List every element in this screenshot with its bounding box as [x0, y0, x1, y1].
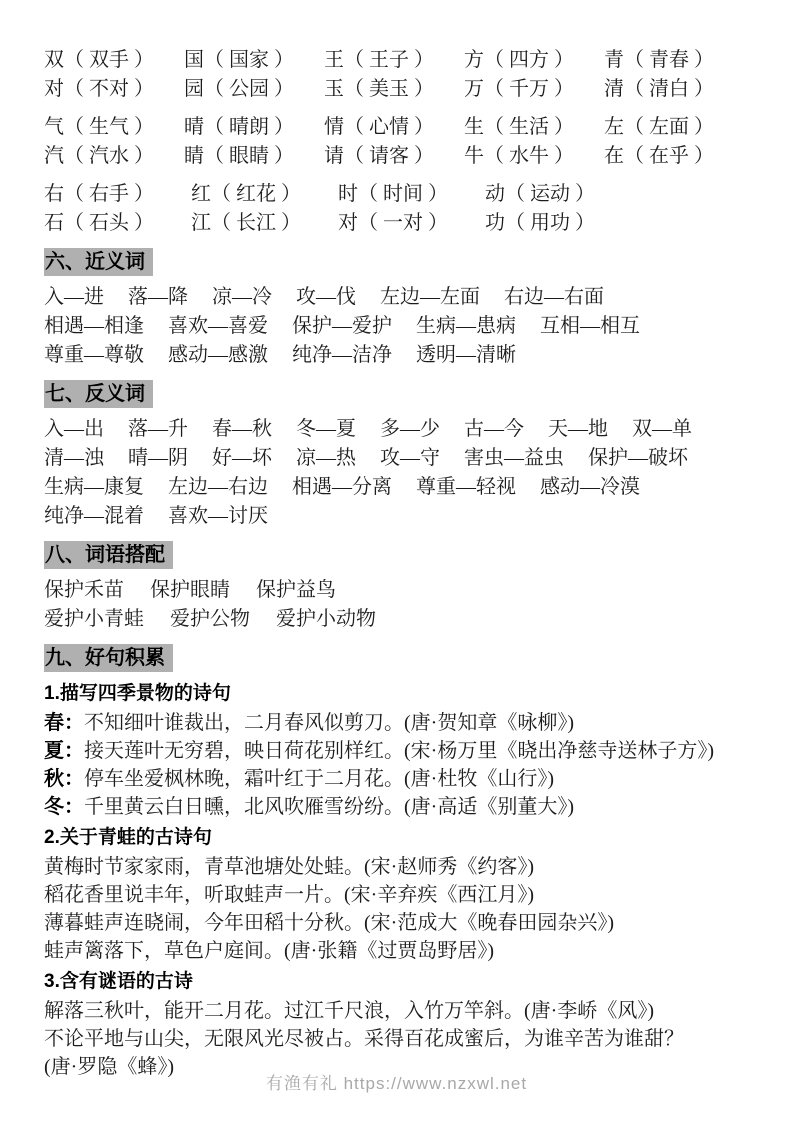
antonym-pair: 保护—破坏	[588, 444, 688, 473]
good-sentences-section: 1.描写四季景物的诗句 春：不知细叶谁裁出，二月春风似剪刀。(唐·贺知章《咏柳》…	[44, 679, 749, 1081]
antonym-pair: 攻—守	[380, 444, 440, 473]
antonym-pair: 落—升	[128, 415, 188, 444]
word-formation-item: 对（ 一对 ）	[338, 209, 485, 238]
poem-text: 不论平地与山尖，无限风光尽被占。采得百花成蜜后，为谁辛苦为谁甜？	[44, 1028, 684, 1050]
antonym-line: 入—出落—升春—秋冬—夏多—少古—今天—地双—单	[44, 415, 749, 444]
antonym-pair: 清—浊	[44, 444, 104, 473]
collocation: 保护眼睛	[150, 576, 230, 605]
word-formation-item: 王（ 王子 ）	[324, 46, 464, 75]
section-title-good-sentences: 九、好句积累	[44, 644, 173, 672]
word-formation-item: 石（ 石头 ）	[44, 209, 191, 238]
worksheet-page: 双（ 双手 ）国（ 国家 ）王（ 王子 ）方（ 四方 ）青（ 青春 ） 对（ 不…	[0, 0, 793, 1122]
poem-source: (唐·贺知章《咏柳》)	[404, 712, 574, 734]
word-formation-group: 双（ 双手 ）国（ 国家 ）王（ 王子 ）方（ 四方 ）青（ 青春 ） 对（ 不…	[44, 46, 749, 104]
poem-text: 黄梅时节家家雨，青草池塘处处蛙。	[44, 856, 364, 878]
collocation-line: 保护禾苗保护眼睛保护益鸟	[44, 576, 749, 605]
word-formation-row: 石（ 石头 ）江（ 长江 ）对（ 一对 ）功（ 用功 ）	[44, 209, 749, 238]
antonym-pair: 左边—右边	[168, 473, 268, 502]
footer-watermark: 有渔有礼 https://www.nzxwl.net	[0, 1069, 793, 1094]
antonym-pair: 生病—康复	[44, 473, 144, 502]
collocation: 保护益鸟	[256, 576, 336, 605]
word-formation-row: 气（ 生气 ）晴（ 晴朗 ）情（ 心情 ）生（ 生活 ）左（ 左面 ）	[44, 113, 749, 142]
poem-text: 停车坐爱枫林晚，霜叶红于二月花。	[84, 768, 404, 790]
antonym-pair: 春—秋	[212, 415, 272, 444]
poem-text: 蛙声篱落下，草色户庭间。	[44, 940, 284, 962]
season-label: 春：	[44, 712, 84, 734]
synonym-pair: 生病—患病	[416, 312, 516, 341]
synonym-pair: 凉—冷	[212, 283, 272, 312]
season-label: 夏：	[44, 740, 84, 762]
antonym-line: 纯净—混着喜欢—讨厌	[44, 502, 749, 531]
word-formation-item: 园（ 公园 ）	[184, 75, 324, 104]
antonym-pair: 多—少	[380, 415, 440, 444]
poem-line: 春：不知细叶谁裁出，二月春风似剪刀。(唐·贺知章《咏柳》)	[44, 709, 749, 737]
synonym-pair: 感动—感激	[168, 341, 268, 370]
poem-line: 解落三秋叶，能开二月花。过江千尺浪，入竹万竿斜。(唐·李峤《风》)	[44, 997, 749, 1025]
poem-line: 冬：千里黄云白日曛，北风吹雁雪纷纷。(唐·高适《别董大》)	[44, 793, 749, 821]
word-formation-item: 动（ 运动 ）	[485, 180, 632, 209]
poem-line: 黄梅时节家家雨，青草池塘处处蛙。(宋·赵师秀《约客》)	[44, 853, 749, 881]
word-formation-group: 右（ 右手 ）红（ 红花 ）时（ 时间 ）动（ 运动 ） 石（ 石头 ）江（ 长…	[44, 180, 749, 238]
collocation: 爱护小动物	[276, 605, 376, 634]
antonym-pair: 纯净—混着	[44, 502, 144, 531]
synonym-pair: 落—降	[128, 283, 188, 312]
antonym-pair: 相遇—分离	[292, 473, 392, 502]
antonym-pair: 古—今	[464, 415, 524, 444]
antonym-pair: 尊重—轻视	[416, 473, 516, 502]
collocation-line: 爱护小青蛙爱护公物爱护小动物	[44, 605, 749, 634]
poem-source: (唐·张籍《过贾岛野居》)	[284, 940, 494, 962]
word-formation-row: 汽（ 汽水 ）睛（ 眼睛 ）请（ 请客 ）牛（ 水牛 ）在（ 在乎 ）	[44, 142, 749, 171]
synonym-pair: 互相—相互	[540, 312, 640, 341]
poem-source: (宋·辛弃疾《西江月》)	[344, 884, 534, 906]
synonym-pair: 纯净—洁净	[292, 341, 392, 370]
synonym-pair: 攻—伐	[296, 283, 356, 312]
word-formation-item: 气（ 生气 ）	[44, 113, 184, 142]
word-formation-item: 功（ 用功 ）	[485, 209, 632, 238]
collocations-section: 保护禾苗保护眼睛保护益鸟 爱护小青蛙爱护公物爱护小动物	[44, 576, 749, 634]
poem-line: 夏：接天莲叶无穷碧，映日荷花别样红。(宋·杨万里《晓出净慈寺送林子方》)	[44, 737, 749, 765]
antonym-line: 生病—康复左边—右边相遇—分离尊重—轻视感动—冷漠	[44, 473, 749, 502]
word-formation-item: 国（ 国家 ）	[184, 46, 324, 75]
word-formation-item: 左（ 左面 ）	[604, 113, 744, 142]
word-formation-item: 红（ 红花 ）	[191, 180, 338, 209]
word-formation-item: 时（ 时间 ）	[338, 180, 485, 209]
word-formation-item: 情（ 心情 ）	[324, 113, 464, 142]
season-label: 秋：	[44, 768, 84, 790]
word-formation-item: 睛（ 眼睛 ）	[184, 142, 324, 171]
season-label: 冬：	[44, 796, 84, 818]
poem-line: 稻花香里说丰年，听取蛙声一片。(宋·辛弃疾《西江月》)	[44, 881, 749, 909]
section-title-synonyms: 六、近义词	[44, 248, 153, 276]
poem-text: 解落三秋叶，能开二月花。过江千尺浪，入竹万竿斜。	[44, 1000, 524, 1022]
antonym-pair: 害虫—益虫	[464, 444, 564, 473]
antonym-pair: 入—出	[44, 415, 104, 444]
synonym-pair: 保护—爱护	[292, 312, 392, 341]
synonym-pair: 相遇—相逢	[44, 312, 144, 341]
antonym-pair: 好—坏	[212, 444, 272, 473]
antonym-pair: 天—地	[548, 415, 608, 444]
antonym-line: 清—浊晴—阴好—坏凉—热攻—守害虫—益虫保护—破坏	[44, 444, 749, 473]
poem-source: (唐·李峤《风》)	[524, 1000, 654, 1022]
word-formation-item: 双（ 双手 ）	[44, 46, 184, 75]
subsection-heading-riddle-poems: 3.含有谜语的古诗	[44, 967, 749, 997]
word-formation-row: 对（ 不对 ）园（ 公园 ）玉（ 美玉 ）万（ 千万 ）清（ 清白 ）	[44, 75, 749, 104]
synonym-pair: 左边—左面	[380, 283, 480, 312]
antonyms-section: 入—出落—升春—秋冬—夏多—少古—今天—地双—单 清—浊晴—阴好—坏凉—热攻—守…	[44, 415, 749, 531]
word-formation-item: 对（ 不对 ）	[44, 75, 184, 104]
poem-text: 不知细叶谁裁出，二月春风似剪刀。	[84, 712, 404, 734]
poem-text: 薄暮蛙声连晓闹，今年田稻十分秋。	[44, 912, 364, 934]
synonym-pair: 喜欢—喜爱	[168, 312, 268, 341]
poem-source: (宋·杨万里《晓出净慈寺送林子方》)	[404, 740, 714, 762]
word-formation-group: 气（ 生气 ）晴（ 晴朗 ）情（ 心情 ）生（ 生活 ）左（ 左面 ） 汽（ 汽…	[44, 113, 749, 171]
section-title-collocations: 八、词语搭配	[44, 541, 173, 569]
collocation: 爱护小青蛙	[44, 605, 144, 634]
word-formation-section: 双（ 双手 ）国（ 国家 ）王（ 王子 ）方（ 四方 ）青（ 青春 ） 对（ 不…	[44, 46, 749, 238]
poem-line: 薄暮蛙声连晓闹，今年田稻十分秋。(宋·范成大《晚春田园杂兴》)	[44, 909, 749, 937]
poem-source: (唐·杜牧《山行》)	[404, 768, 554, 790]
poem-source: (宋·赵师秀《约客》)	[364, 856, 534, 878]
antonym-pair: 感动—冷漠	[540, 473, 640, 502]
synonyms-section: 入—进落—降凉—冷攻—伐左边—左面右边—右面 相遇—相逢喜欢—喜爱保护—爱护生病…	[44, 283, 749, 370]
word-formation-item: 牛（ 水牛 ）	[464, 142, 604, 171]
word-formation-item: 方（ 四方 ）	[464, 46, 604, 75]
antonym-pair: 凉—热	[296, 444, 356, 473]
synonym-pair: 右边—右面	[504, 283, 604, 312]
poem-text: 稻花香里说丰年，听取蛙声一片。	[44, 884, 344, 906]
poem-line: 秋：停车坐爱枫林晚，霜叶红于二月花。(唐·杜牧《山行》)	[44, 765, 749, 793]
poem-text: 接天莲叶无穷碧，映日荷花别样红。	[84, 740, 404, 762]
poem-source: (唐·高适《别董大》)	[404, 796, 574, 818]
antonym-pair: 双—单	[632, 415, 692, 444]
section-title-antonyms: 七、反义词	[44, 380, 153, 408]
synonym-pair: 尊重—尊敬	[44, 341, 144, 370]
antonym-pair: 冬—夏	[296, 415, 356, 444]
word-formation-item: 万（ 千万 ）	[464, 75, 604, 104]
word-formation-item: 请（ 请客 ）	[324, 142, 464, 171]
word-formation-item: 清（ 清白 ）	[604, 75, 744, 104]
word-formation-row: 右（ 右手 ）红（ 红花 ）时（ 时间 ）动（ 运动 ）	[44, 180, 749, 209]
synonym-pair: 透明—清晰	[416, 341, 516, 370]
synonym-pair: 入—进	[44, 283, 104, 312]
word-formation-item: 右（ 右手 ）	[44, 180, 191, 209]
synonym-line: 相遇—相逢喜欢—喜爱保护—爱护生病—患病互相—相互	[44, 312, 749, 341]
poem-text: 千里黄云白日曛，北风吹雁雪纷纷。	[84, 796, 404, 818]
word-formation-item: 江（ 长江 ）	[191, 209, 338, 238]
synonym-line: 尊重—尊敬感动—感激纯净—洁净透明—清晰	[44, 341, 749, 370]
word-formation-item: 青（ 青春 ）	[604, 46, 744, 75]
collocation: 保护禾苗	[44, 576, 124, 605]
synonym-line: 入—进落—降凉—冷攻—伐左边—左面右边—右面	[44, 283, 749, 312]
antonym-pair: 喜欢—讨厌	[168, 502, 268, 531]
word-formation-item: 汽（ 汽水 ）	[44, 142, 184, 171]
word-formation-item: 晴（ 晴朗 ）	[184, 113, 324, 142]
collocation: 爱护公物	[170, 605, 250, 634]
poem-line: 蛙声篱落下，草色户庭间。(唐·张籍《过贾岛野居》)	[44, 937, 749, 965]
word-formation-row: 双（ 双手 ）国（ 国家 ）王（ 王子 ）方（ 四方 ）青（ 青春 ）	[44, 46, 749, 75]
word-formation-item: 在（ 在乎 ）	[604, 142, 744, 171]
word-formation-item: 生（ 生活 ）	[464, 113, 604, 142]
poem-source: (宋·范成大《晚春田园杂兴》)	[364, 912, 614, 934]
subsection-heading-frog-poems: 2.关于青蛙的古诗句	[44, 823, 749, 853]
antonym-pair: 晴—阴	[128, 444, 188, 473]
footer-watermark-text: 有渔有礼 https://www.nzxwl.net	[266, 1074, 527, 1093]
subsection-heading-seasons: 1.描写四季景物的诗句	[44, 679, 749, 709]
word-formation-item: 玉（ 美玉 ）	[324, 75, 464, 104]
